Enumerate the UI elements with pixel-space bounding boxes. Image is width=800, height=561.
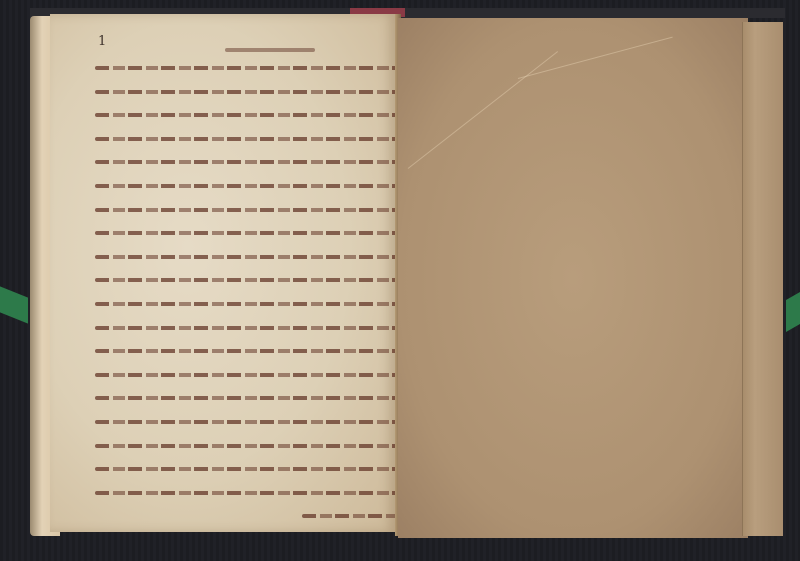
right-page-blank	[398, 18, 748, 538]
text-line	[95, 113, 413, 117]
text-line	[95, 444, 413, 448]
text-line	[95, 349, 413, 353]
text-line	[95, 137, 413, 141]
page-header-text	[225, 48, 315, 52]
text-line	[95, 231, 413, 235]
text-line	[95, 278, 413, 282]
text-line	[95, 160, 413, 164]
manuscript-text-block	[95, 66, 413, 538]
text-line	[95, 467, 413, 471]
left-page: 1	[50, 14, 395, 532]
text-line	[95, 396, 413, 400]
paper-crease	[518, 37, 673, 79]
text-line	[95, 420, 413, 424]
text-line	[95, 255, 413, 259]
text-line	[95, 326, 413, 330]
paper-crease	[408, 51, 558, 169]
folio-number: 1	[98, 34, 106, 49]
text-line	[95, 302, 413, 306]
text-line	[95, 373, 413, 377]
text-line	[95, 208, 413, 212]
text-line	[95, 184, 413, 188]
manuscript-book: 1	[30, 14, 785, 538]
right-flap	[742, 22, 783, 536]
text-line	[95, 66, 413, 70]
text-line	[95, 90, 413, 94]
text-line	[95, 491, 413, 495]
